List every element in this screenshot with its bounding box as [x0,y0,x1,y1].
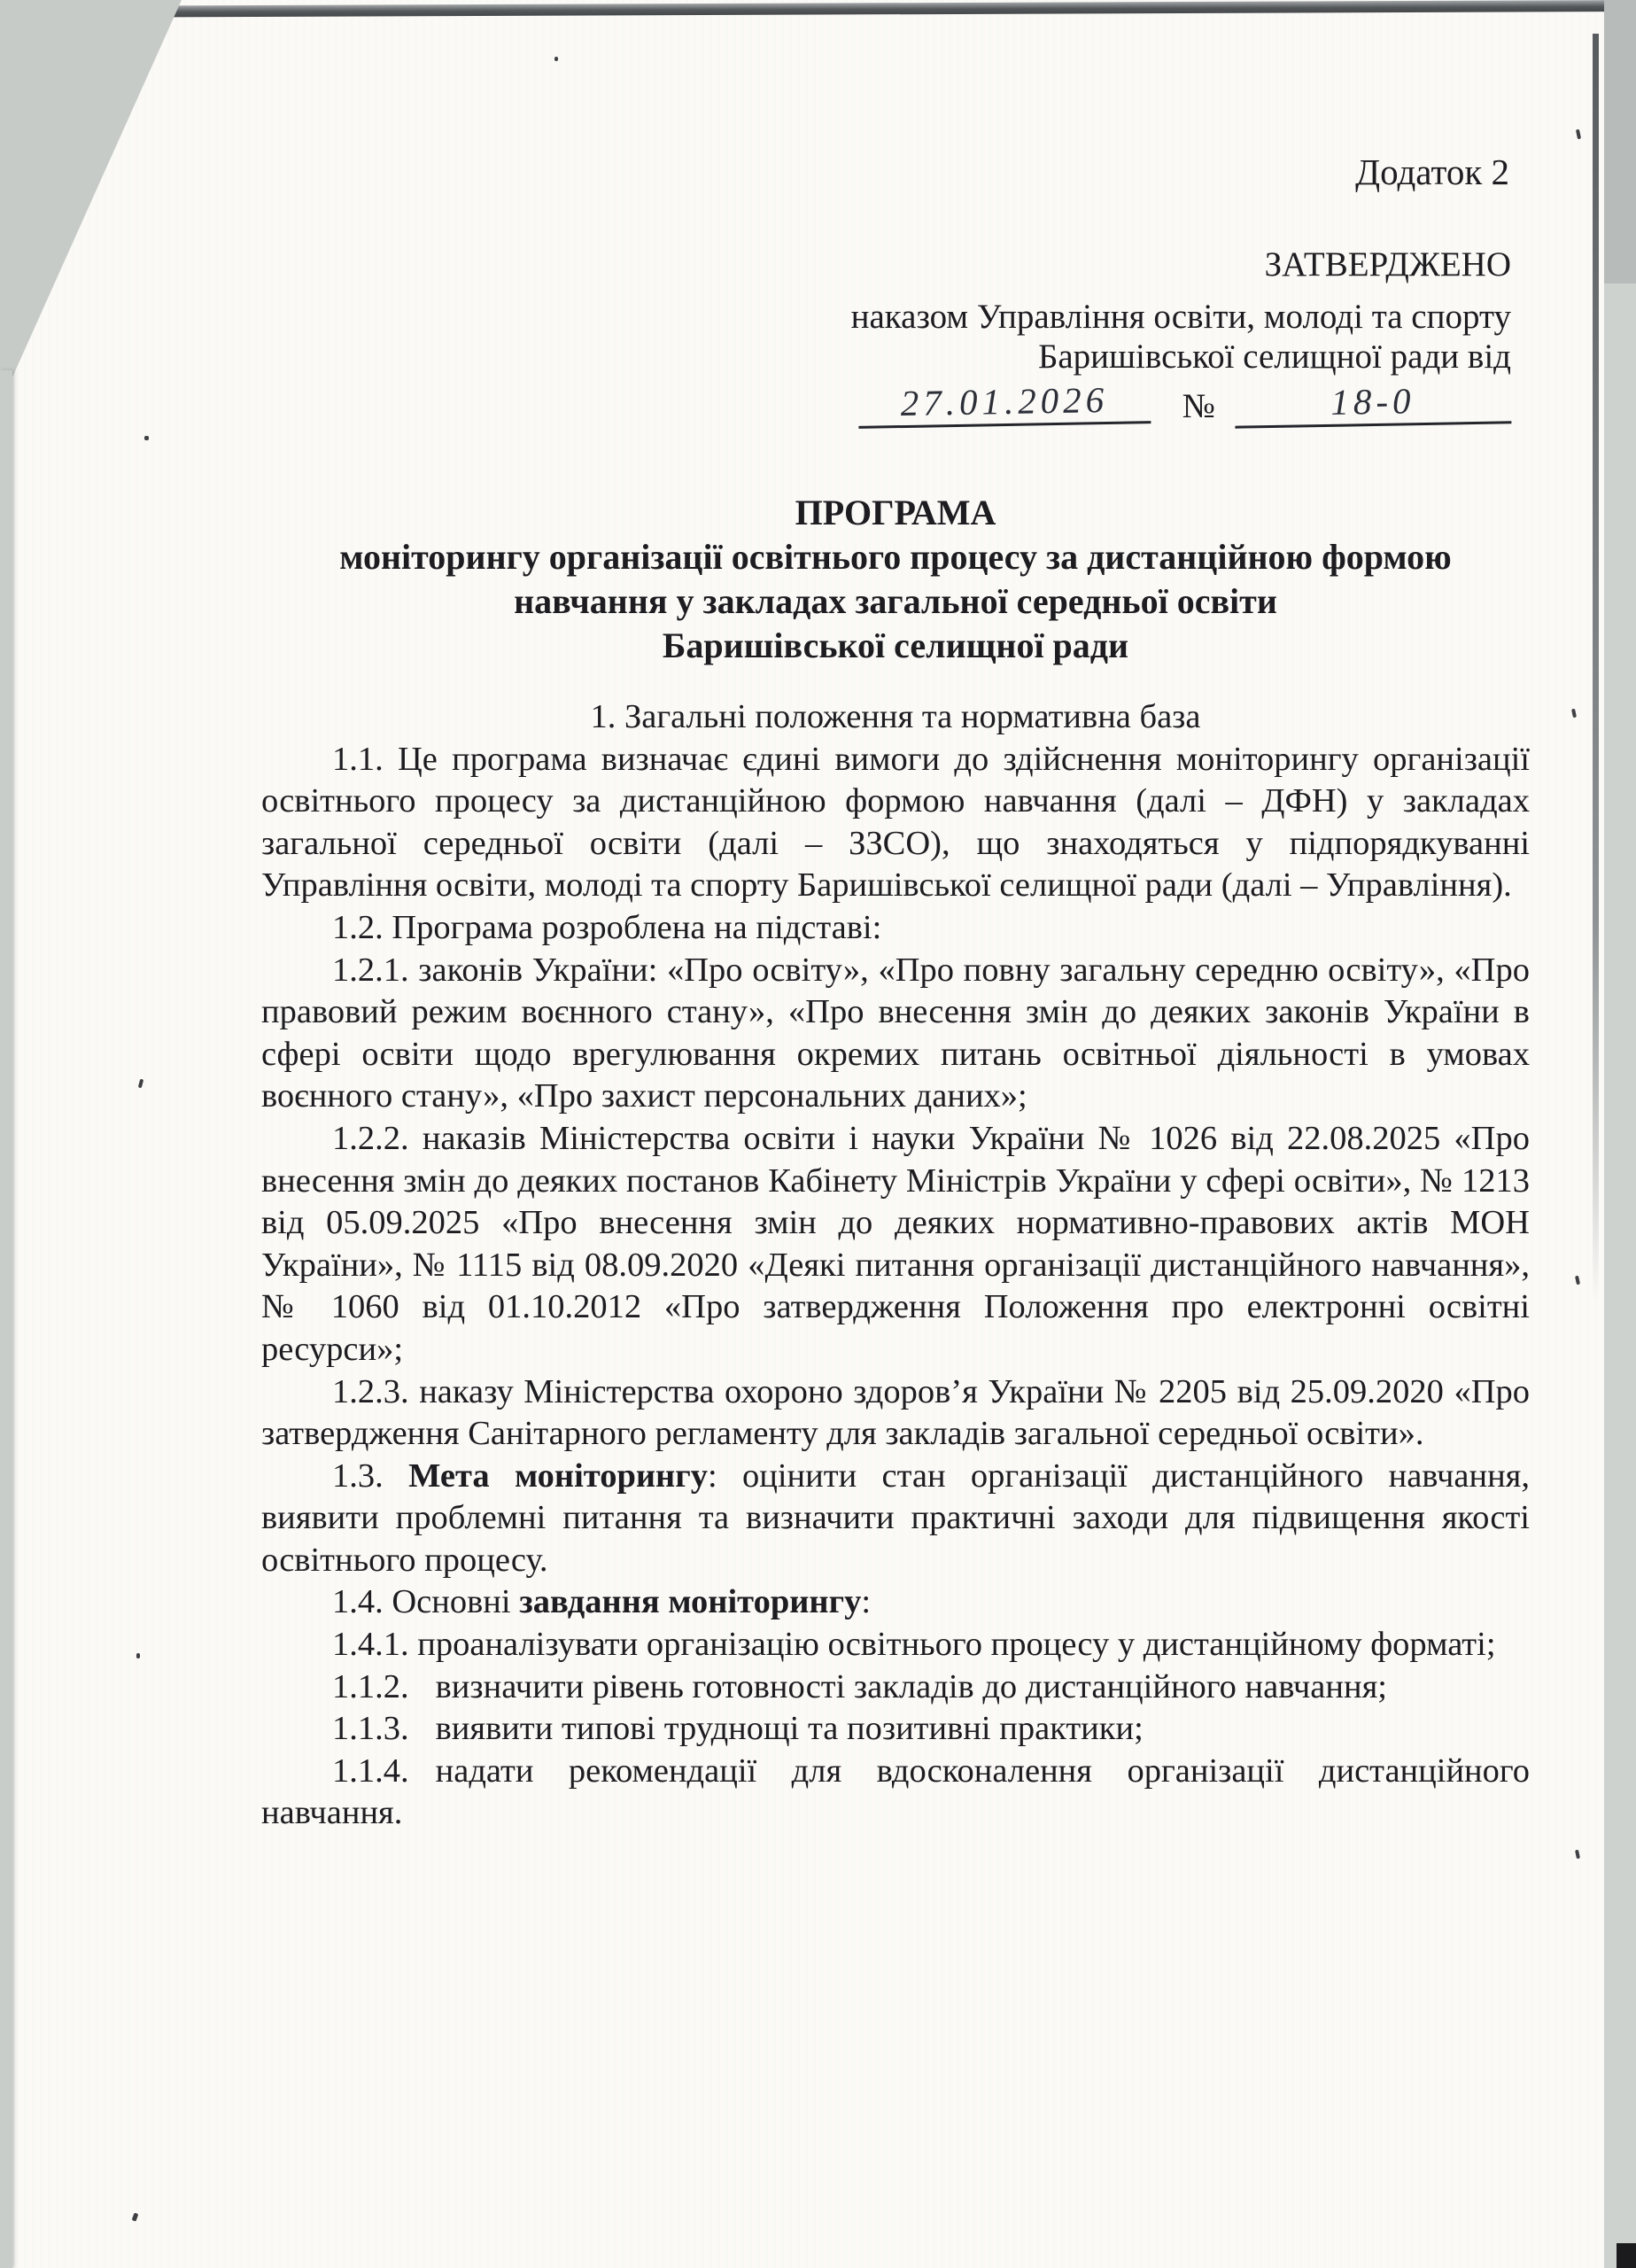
task-item-1-1-2: 1.1.2.визначити рівень готовності заклад… [261,1666,1530,1709]
scan-speck [144,436,149,440]
handwritten-order-number: 18-0 [1235,379,1512,428]
page-fold-line [1593,34,1599,1301]
approval-signature-row: 27.01.2026 № 18-0 [851,382,1511,426]
section-1-heading: 1. Загальні положення та нормативна база [261,696,1530,739]
scan-speck [554,57,558,61]
scan-speck [136,1653,140,1658]
appendix-label: Додаток 2 [1355,151,1509,193]
approval-line-2: Баришівської селищної ради від [851,337,1511,377]
page-edge-right [1604,0,1636,2268]
approval-block: ЗАТВЕРДЖЕНО наказом Управління освіти, м… [851,245,1511,426]
paragraph-1-2-1: 1.2.1. законів України: «Про освіту», «П… [261,950,1530,1118]
document-body: 1. Загальні положення та нормативна база… [261,696,1530,1835]
task-text: визначити рівень готовності закладів до … [436,1668,1387,1705]
paragraph-1-3-prefix: 1.3. [332,1457,408,1495]
paragraph-1-3: 1.3. Мета моніторингу: оцінити стан орга… [261,1456,1530,1582]
task-text: виявити типові труднощі та позитивні пра… [436,1710,1144,1747]
task-item-1-1-4: 1.1.4.надати рекомендації для вдосконале… [261,1751,1530,1835]
paragraph-1-4-suffix: : [861,1583,871,1620]
task-text: надати рекомендації для вдосконалення ор… [261,1752,1530,1832]
paragraph-1-3-bold: Мета моніторингу [408,1457,708,1495]
scan-mark-bottom-right [1617,2243,1636,2268]
title-line-2: моніторингу організації освітнього проце… [261,535,1530,579]
scanner-edge-left [0,370,12,2268]
title-line-3: навчання у закладах загальної середньої … [261,579,1530,624]
approved-heading: ЗАТВЕРДЖЕНО [851,245,1511,284]
scanned-document-page: Додаток 2 ЗАТВЕРДЖЕНО наказом Управління… [0,0,1636,2268]
title-line-1: ПРОГРАМА [261,491,1530,535]
paragraph-1-2: 1.2. Програма розроблена на підставі: [261,907,1530,950]
paragraph-1-4-bold: завдання моніторингу [519,1583,861,1620]
paragraph-1-4-prefix: 1.4. Основні [332,1583,519,1620]
task-number: 1.1.4. [332,1752,409,1790]
approval-line-1: наказом Управління освіти, молоді та спо… [851,297,1511,337]
paragraph-1-2-2: 1.2.2. наказів Міністерства освіти і нау… [261,1118,1530,1371]
document-title: ПРОГРАМА моніторингу організації освітнь… [261,491,1530,668]
paragraph-1-4-1: 1.4.1. проаналізувати організацію освітн… [261,1624,1530,1666]
handwritten-date: 27.01.2026 [857,379,1151,429]
paragraph-1-1: 1.1. Це програма визначає єдині вимоги д… [261,739,1530,907]
task-number: 1.1.3. [332,1710,409,1747]
number-sign: № [1182,386,1215,426]
paragraph-1-4: 1.4. Основні завдання моніторингу: [261,1581,1530,1624]
task-number: 1.1.2. [332,1668,409,1705]
title-line-4: Баришівської селищної ради [261,624,1530,668]
task-item-1-1-3: 1.1.3.виявити типові труднощі та позитив… [261,1708,1530,1751]
page-edge-right-shadow [1604,0,1636,283]
paragraph-1-2-3: 1.2.3. наказу Міністерства охороно здоро… [261,1371,1530,1456]
